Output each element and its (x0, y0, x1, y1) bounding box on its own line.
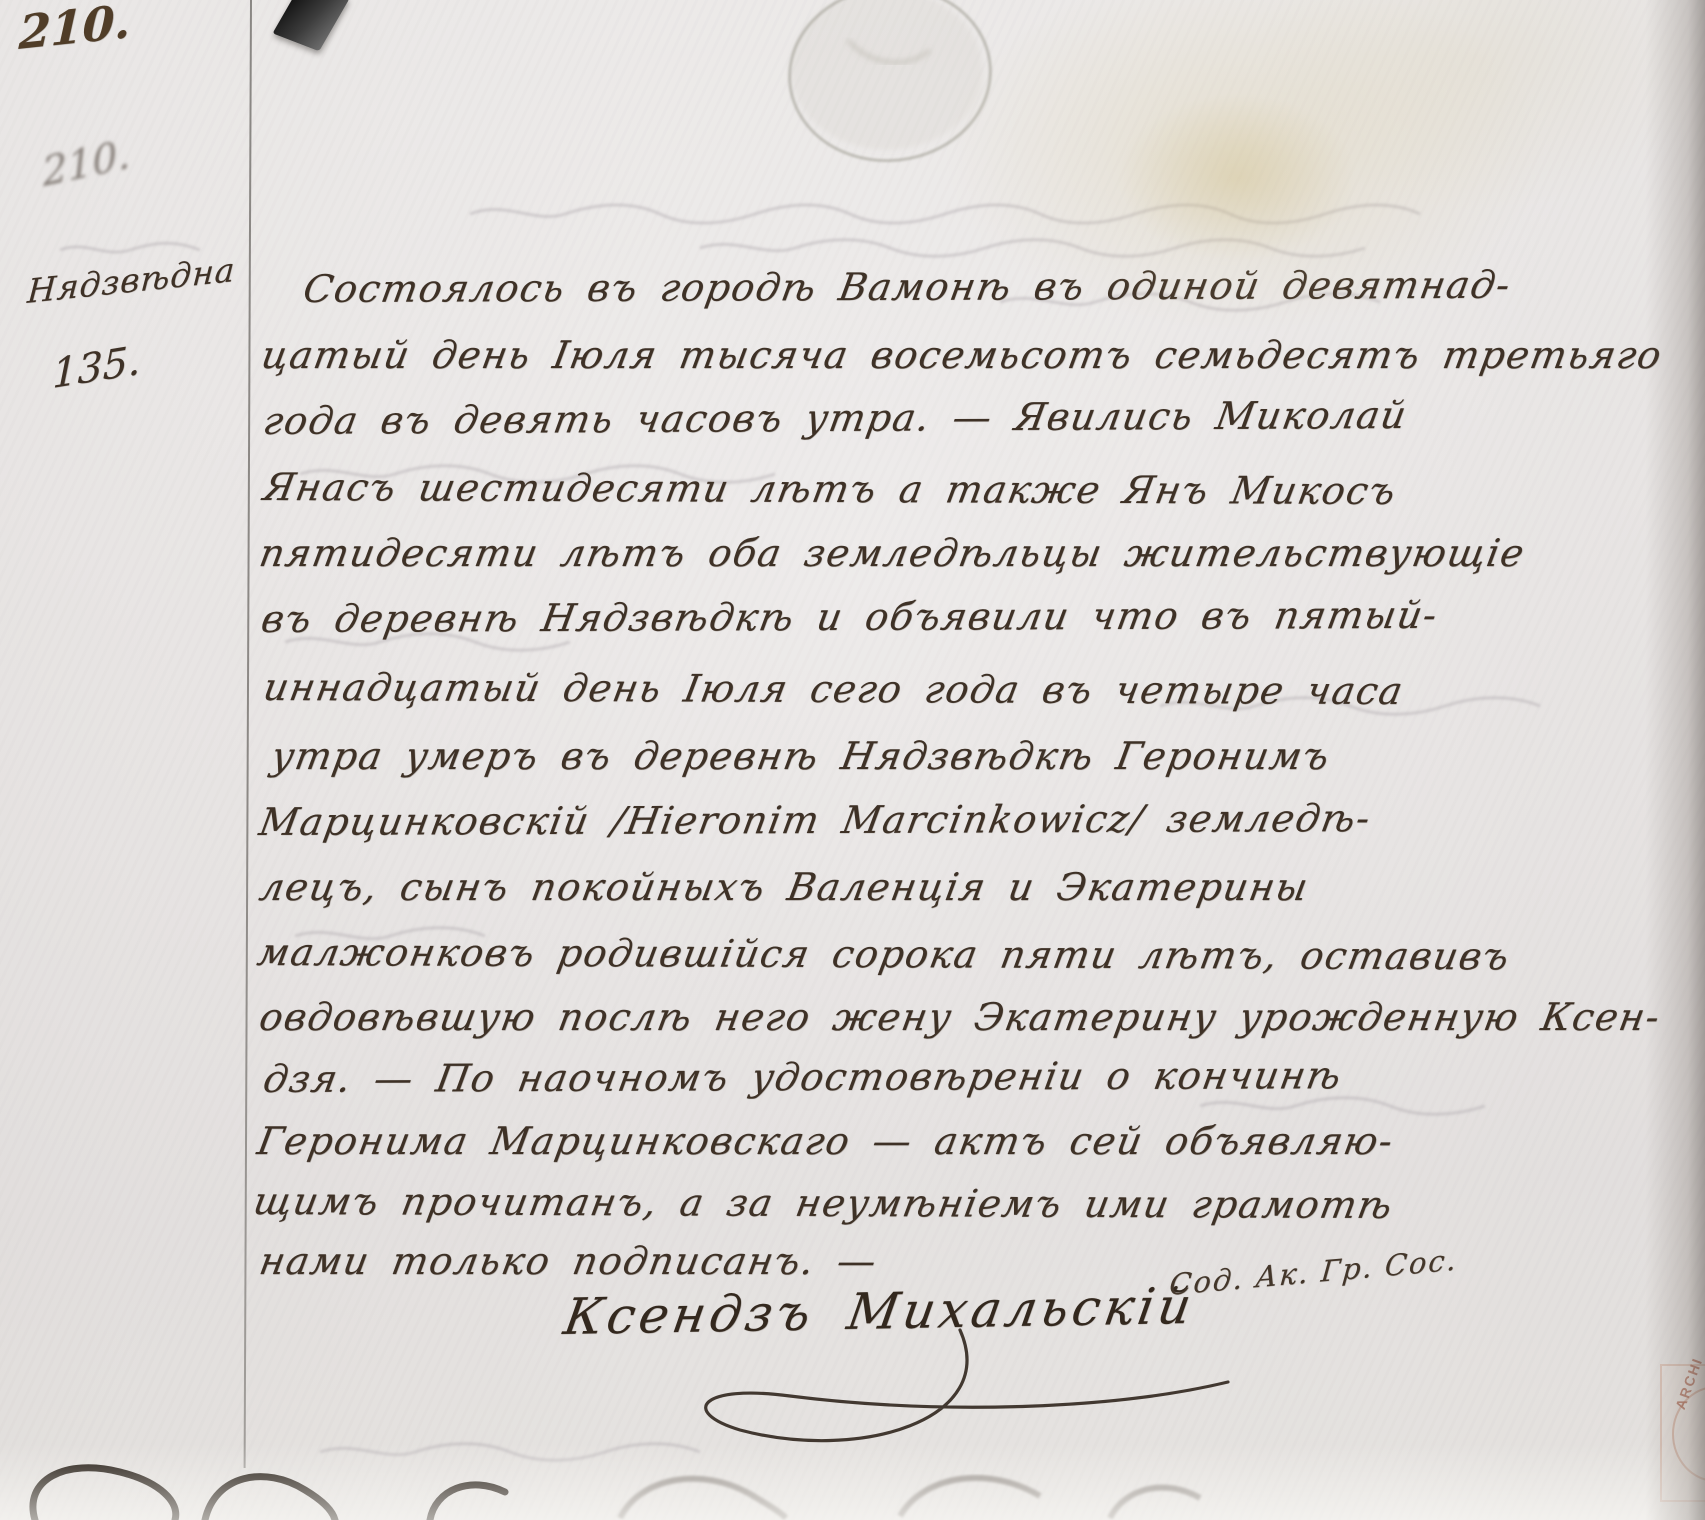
margin-rule-line (244, 0, 252, 1468)
signature-flourish (706, 1330, 1228, 1441)
manuscript-line: Состоялось въ городѣ Вамонѣ въ одиной де… (300, 264, 1514, 312)
page-number: 210. (18, 0, 131, 60)
registrar-title-abbreviation: Сод. Ак. Гр. Сос. (1168, 1242, 1459, 1302)
manuscript-line: малжонковъ родившійся сорока пяти лѣтъ, … (254, 931, 1514, 979)
manuscript-page: 210. 210. Нядзвѣдна 135. Состоялось въ г… (0, 0, 1705, 1520)
margin-record-number: 135. (52, 337, 141, 398)
bottom-cutoff-strokes (33, 1468, 505, 1520)
manuscript-line: иннадцатый день Іюля сего года въ четыре… (260, 666, 1407, 714)
margin-place-name: Нядзвѣдна (26, 250, 237, 311)
archive-stamp-text: ARCHI (1672, 1355, 1705, 1412)
manuscript-line: нами только подписанъ. — (256, 1240, 881, 1284)
manuscript-line: Янасъ шестидесяти лѣтъ а также Янъ Микос… (260, 466, 1400, 514)
manuscript-line: Марцинковскій /Hieronim Marcinkowicz/ зе… (256, 797, 1374, 845)
manuscript-line: цатый день Іюля тысяча восемьсотъ семьде… (258, 334, 1666, 378)
manuscript-line: Геронима Марцинковскаго — актъ сей объяв… (254, 1120, 1397, 1164)
manuscript-line: года въ девять часовъ утра. — Явились Ми… (260, 394, 1411, 444)
manuscript-line: лецъ, сынъ покойныхъ Валенція и Экатерин… (256, 866, 1312, 910)
faint-round-stamp (779, 0, 1000, 172)
archive-stamp: ARCHI (1660, 1364, 1705, 1502)
manuscript-line: пятидесяти лѣтъ оба земледѣльцы жительст… (256, 532, 1529, 576)
manuscript-line: овдовѣвшую послѣ него жену Экатерину уро… (256, 996, 1664, 1040)
manuscript-line: утра умеръ въ деревнѣ Нядзвѣдкѣ Геронимъ (268, 735, 1334, 779)
paper-fastener (272, 0, 349, 51)
manuscript-line: дзя. — По наочномъ удостовѣреніи о кончи… (260, 1054, 1345, 1101)
manuscript-line: въ деревнѣ Нядзвѣдкѣ и объявили что въ п… (258, 594, 1441, 642)
manuscript-line: щимъ прочитанъ, а за неумѣніемъ ими грам… (250, 1180, 1397, 1228)
page-number-ghost: 210. (41, 131, 131, 196)
registrar-signature: Ксендзъ Михальскій (560, 1277, 1199, 1346)
archive-stamp-circle: ARCHI (1672, 1386, 1705, 1482)
